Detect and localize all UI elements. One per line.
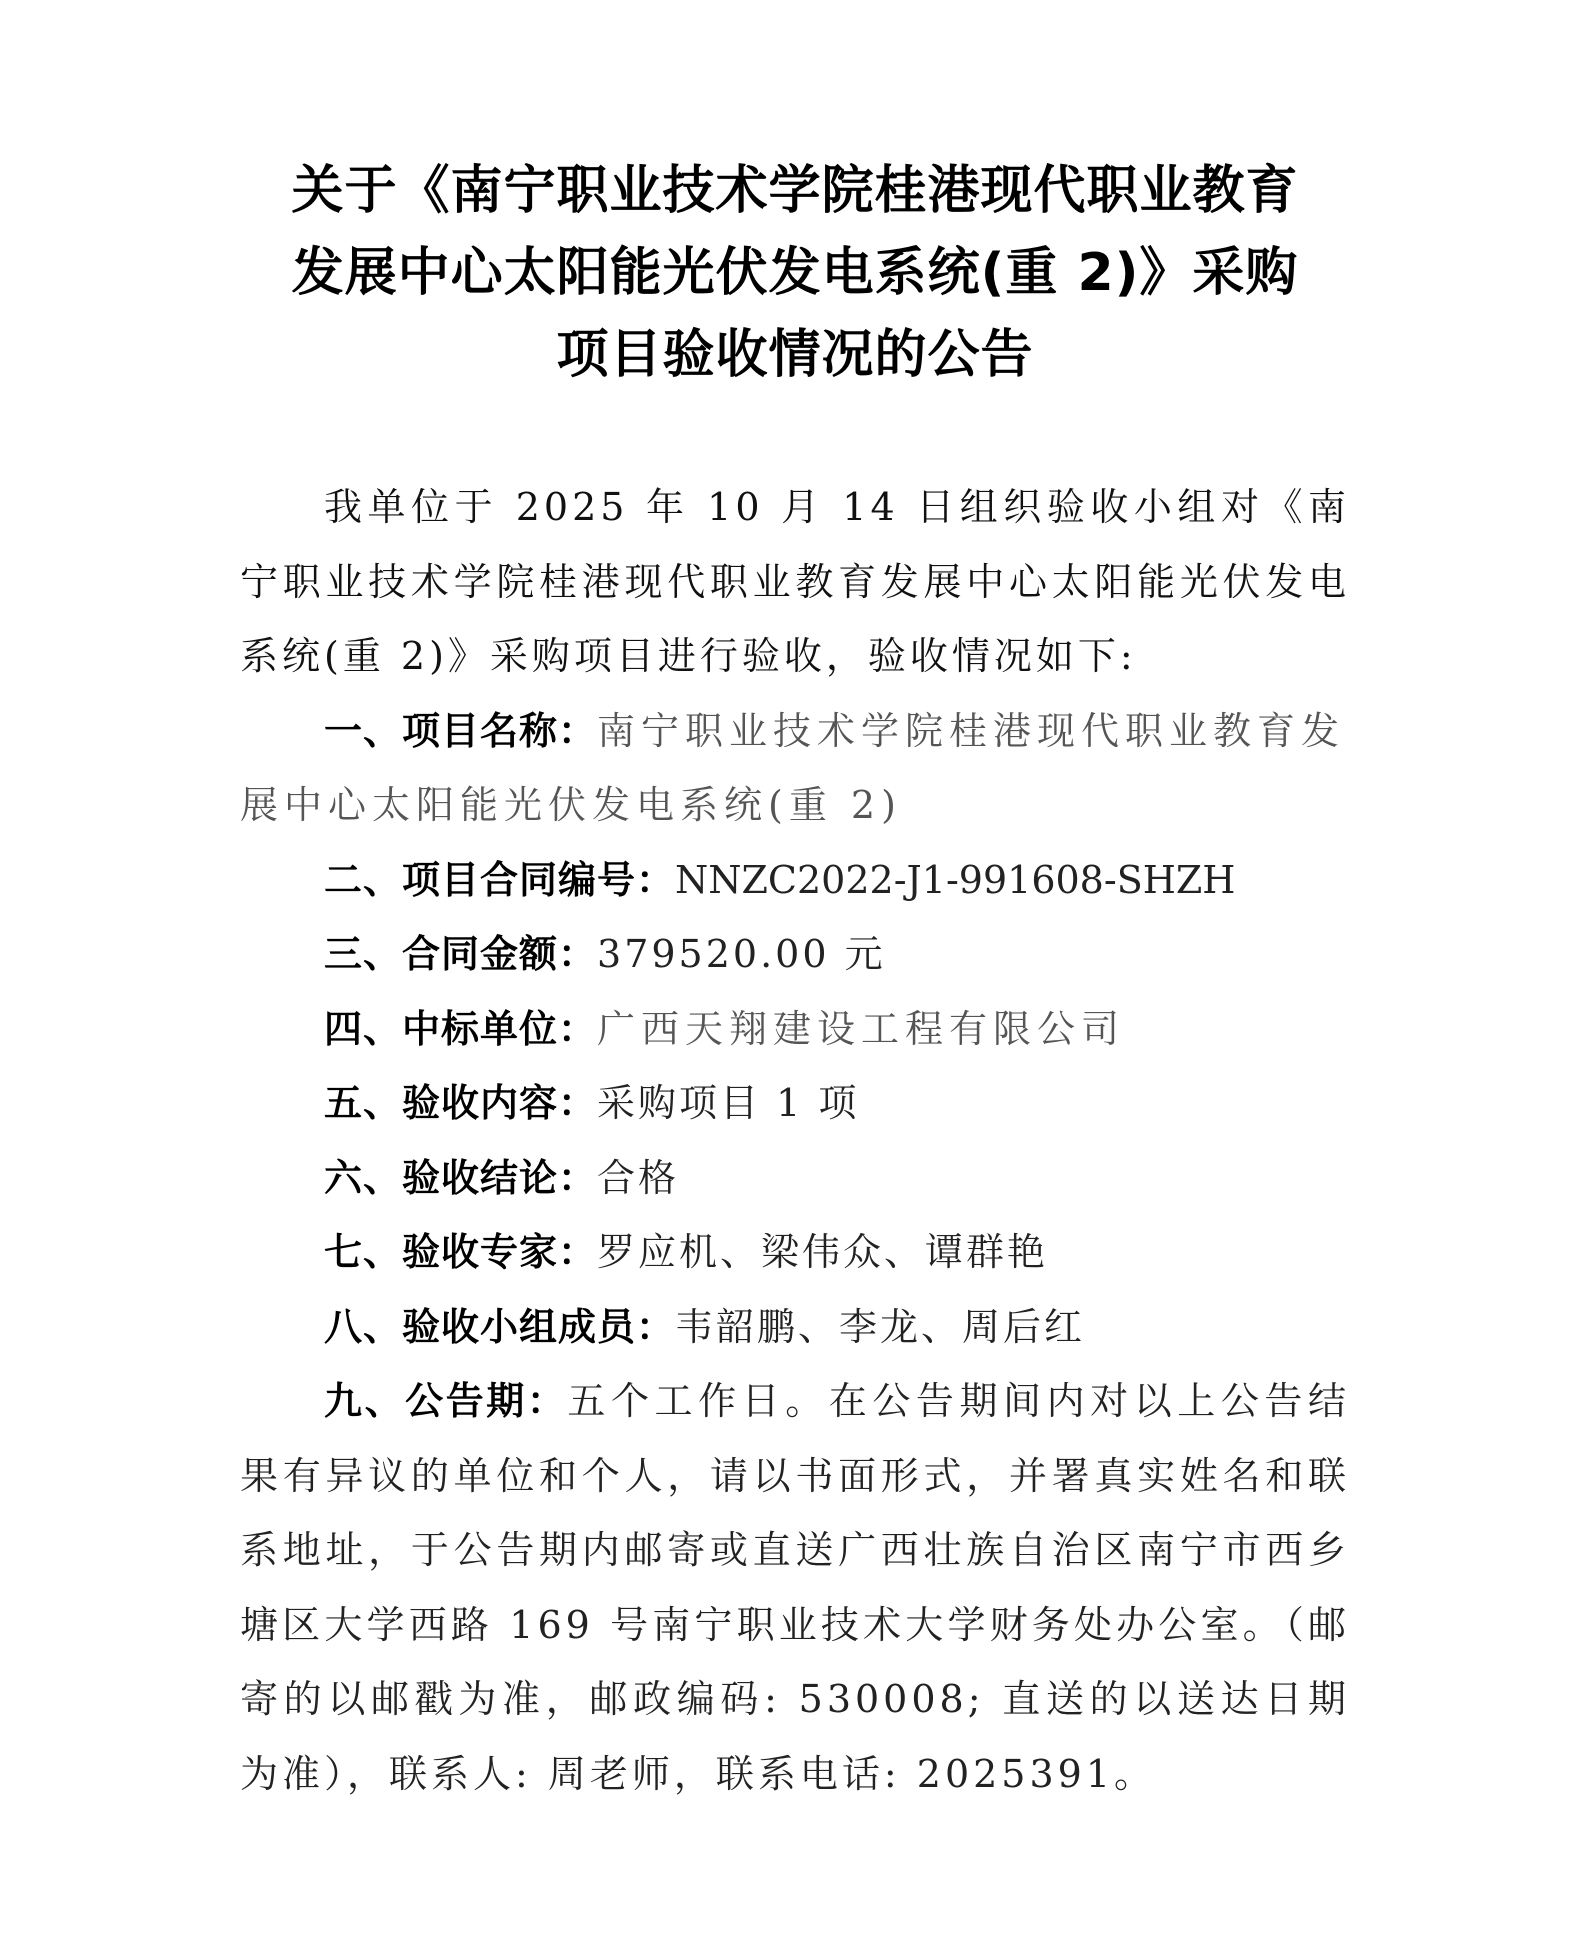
document-body: 我单位于 2025 年 10 月 14 日组织验收小组对《南宁职业技术学院桂港现… bbox=[240, 470, 1350, 1811]
item-value: 379520.00 元 bbox=[597, 932, 886, 976]
item-label: 四、中标单位： bbox=[324, 1007, 597, 1051]
title-line-1: 关于《南宁职业技术学院桂港现代职业教育 bbox=[230, 150, 1360, 232]
item-label: 九、公告期： bbox=[324, 1379, 567, 1423]
item-label: 二、项目合同编号： bbox=[324, 858, 675, 902]
item-label: 七、验收专家： bbox=[324, 1230, 597, 1274]
item-label: 五、验收内容： bbox=[324, 1081, 597, 1125]
item-acceptance-content: 五、验收内容：采购项目 1 项 bbox=[240, 1066, 1350, 1141]
item-acceptance-conclusion: 六、验收结论：合格 bbox=[240, 1141, 1350, 1216]
title-line-3: 项目验收情况的公告 bbox=[230, 314, 1360, 396]
item-contract-amount: 三、合同金额：379520.00 元 bbox=[240, 917, 1350, 992]
title-line-2: 发展中心太阳能光伏发电系统(重 2)》采购 bbox=[230, 232, 1360, 314]
item-contract-number: 二、项目合同编号：NNZC2022-J1-991608-SHZH bbox=[240, 843, 1350, 918]
item-acceptance-experts: 七、验收专家：罗应机、梁伟众、谭群艳 bbox=[240, 1215, 1350, 1290]
item-value: 罗应机、梁伟众、谭群艳 bbox=[597, 1230, 1048, 1274]
item-winning-bidder: 四、中标单位：广西天翔建设工程有限公司 bbox=[240, 992, 1350, 1067]
intro-paragraph: 我单位于 2025 年 10 月 14 日组织验收小组对《南宁职业技术学院桂港现… bbox=[240, 470, 1350, 694]
item-label: 一、项目名称： bbox=[324, 709, 597, 753]
item-label: 六、验收结论： bbox=[324, 1156, 597, 1200]
document-title: 关于《南宁职业技术学院桂港现代职业教育 发展中心太阳能光伏发电系统(重 2)》采… bbox=[230, 150, 1360, 396]
item-value: 韦韶鹏、李龙、周后红 bbox=[675, 1305, 1085, 1349]
item-value: 采购项目 1 项 bbox=[597, 1081, 859, 1125]
item-announcement-period: 九、公告期：五个工作日。在公告期间内对以上公告结果有异议的单位和个人，请以书面形… bbox=[240, 1364, 1350, 1811]
item-value: 广西天翔建设工程有限公司 bbox=[597, 1007, 1125, 1051]
item-label: 八、验收小组成员： bbox=[324, 1305, 675, 1349]
item-team-members: 八、验收小组成员：韦韶鹏、李龙、周后红 bbox=[240, 1290, 1350, 1365]
item-project-name: 一、项目名称：南宁职业技术学院桂港现代职业教育发展中心太阳能光伏发电系统(重 2… bbox=[240, 694, 1350, 843]
item-value: 五个工作日。在公告期间内对以上公告结果有异议的单位和个人，请以书面形式，并署真实… bbox=[240, 1379, 1350, 1796]
item-value: NNZC2022-J1-991608-SHZH bbox=[675, 858, 1235, 902]
item-label: 三、合同金额： bbox=[324, 932, 597, 976]
item-value: 合格 bbox=[597, 1156, 679, 1200]
